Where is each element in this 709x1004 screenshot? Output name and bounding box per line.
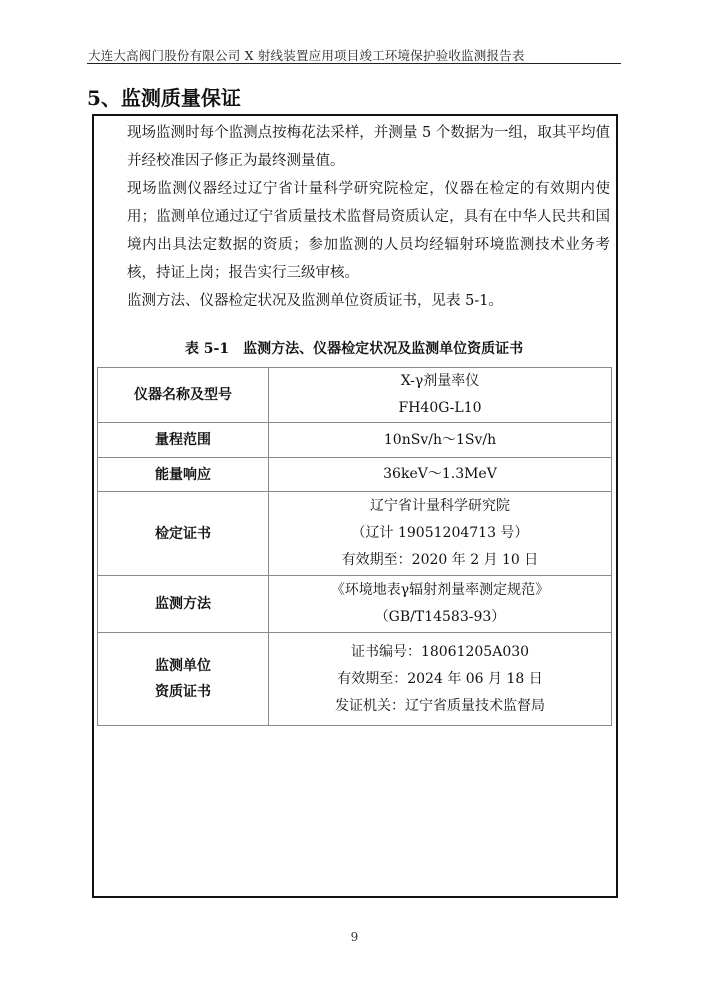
- value-line: 发证机关：辽宁省质量技术监督局: [269, 693, 611, 720]
- table-row: 仪器名称及型号 X-γ剂量率仪 FH40G-L10: [98, 368, 612, 423]
- document-header: 大连大高阀门股份有限公司 X 射线装置应用项目竣工环境保护验收监测报告表: [88, 46, 525, 64]
- table-row: 能量响应 36keV～1.3MeV: [98, 458, 612, 492]
- value-line: 有效期至：2020 年 2 月 10 日: [269, 547, 611, 574]
- row-label-text: 量程范围: [98, 427, 268, 453]
- table-row: 监测单位 资质证书 证书编号：18061205A030 有效期至：2024 年 …: [98, 633, 612, 726]
- row-value: 证书编号：18061205A030 有效期至：2024 年 06 月 18 日 …: [269, 633, 612, 726]
- row-label: 检定证书: [98, 492, 269, 576]
- row-label-text: 监测单位: [98, 653, 268, 679]
- row-label-text: 监测方法: [98, 591, 268, 617]
- row-value: 10nSv/h～1Sv/h: [269, 423, 612, 458]
- section-title: 5、监测质量保证: [87, 82, 241, 111]
- row-label-text: 仪器名称及型号: [98, 382, 268, 408]
- value-line: FH40G-L10: [269, 395, 611, 422]
- row-value: 《环境地表γ辐射剂量率测定规范》 （GB/T14583-93）: [269, 576, 612, 633]
- value-line: 辽宁省计量科学研究院: [269, 493, 611, 520]
- value-line: （辽计 19051204713 号）: [269, 520, 611, 547]
- value-line: X-γ剂量率仪: [269, 368, 611, 395]
- table-row: 监测方法 《环境地表γ辐射剂量率测定规范》 （GB/T14583-93）: [98, 576, 612, 633]
- row-label: 能量响应: [98, 458, 269, 492]
- paragraph-qualification: 现场监测仪器经过辽宁省计量科学研究院检定，仪器在检定的有效期内使用；监测单位通过…: [98, 175, 610, 287]
- value-line: 36keV～1.3MeV: [269, 461, 611, 488]
- page-number: 9: [0, 930, 709, 944]
- row-label-text: 资质证书: [98, 679, 268, 705]
- table-row: 量程范围 10nSv/h～1Sv/h: [98, 423, 612, 458]
- row-value: 辽宁省计量科学研究院 （辽计 19051204713 号） 有效期至：2020 …: [269, 492, 612, 576]
- row-value: 36keV～1.3MeV: [269, 458, 612, 492]
- value-line: 10nSv/h～1Sv/h: [269, 427, 611, 454]
- table-caption: 表 5-1 监测方法、仪器检定状况及监测单位资质证书: [97, 338, 611, 358]
- paragraph-sampling: 现场监测时每个监测点按梅花法采样，并测量 5 个数据为一组，取其平均值并经校准因…: [98, 119, 610, 175]
- paragraph-table-ref: 监测方法、仪器检定状况及监测单位资质证书，见表 5-1。: [98, 287, 610, 315]
- certification-table: 仪器名称及型号 X-γ剂量率仪 FH40G-L10 量程范围 10nSv/h～1…: [97, 367, 612, 726]
- paragraph-text: 现场监测仪器经过辽宁省计量科学研究院检定，仪器在检定的有效期内使用；监测单位通过…: [98, 175, 610, 287]
- table-row: 检定证书 辽宁省计量科学研究院 （辽计 19051204713 号） 有效期至：…: [98, 492, 612, 576]
- value-line: 证书编号：18061205A030: [269, 639, 611, 666]
- row-label: 监测方法: [98, 576, 269, 633]
- row-label: 监测单位 资质证书: [98, 633, 269, 726]
- paragraph-text: 现场监测时每个监测点按梅花法采样，并测量 5 个数据为一组，取其平均值并经校准因…: [98, 119, 610, 175]
- header-divider: [87, 63, 621, 64]
- row-label: 量程范围: [98, 423, 269, 458]
- row-label-text: 能量响应: [98, 462, 268, 488]
- paragraph-text: 监测方法、仪器检定状况及监测单位资质证书，见表 5-1。: [98, 287, 610, 315]
- row-label: 仪器名称及型号: [98, 368, 269, 423]
- value-line: （GB/T14583-93）: [269, 604, 611, 631]
- row-value: X-γ剂量率仪 FH40G-L10: [269, 368, 612, 423]
- row-label-text: 检定证书: [98, 521, 268, 547]
- value-line: 有效期至：2024 年 06 月 18 日: [269, 666, 611, 693]
- value-line: 《环境地表γ辐射剂量率测定规范》: [269, 577, 611, 604]
